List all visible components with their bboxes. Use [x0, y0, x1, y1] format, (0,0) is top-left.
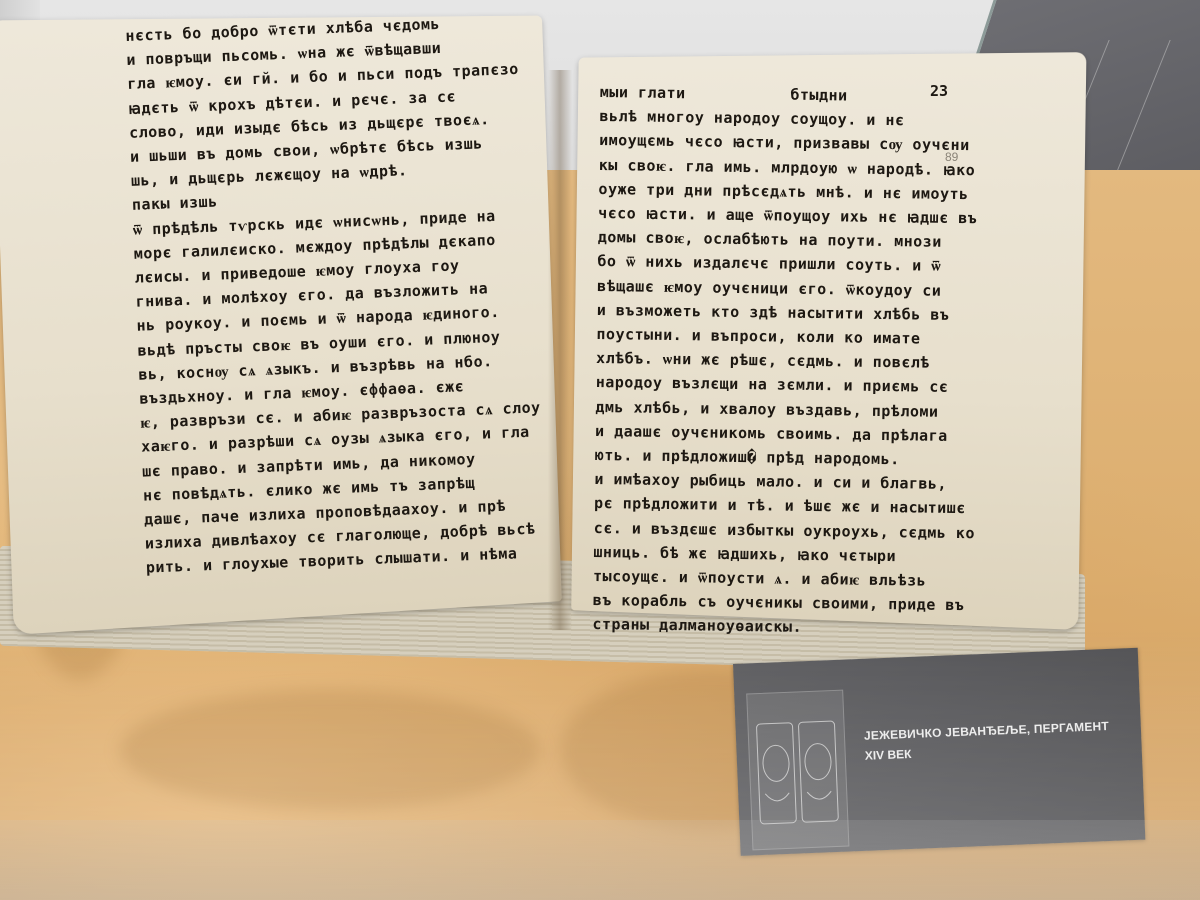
museum-exhibit-scene: нєсть бо добро ѿтєти хлѣба чєдомь и повр…: [0, 0, 1200, 900]
display-case-glass-edge: [0, 820, 1200, 900]
glass-reflection: [0, 0, 1200, 900]
